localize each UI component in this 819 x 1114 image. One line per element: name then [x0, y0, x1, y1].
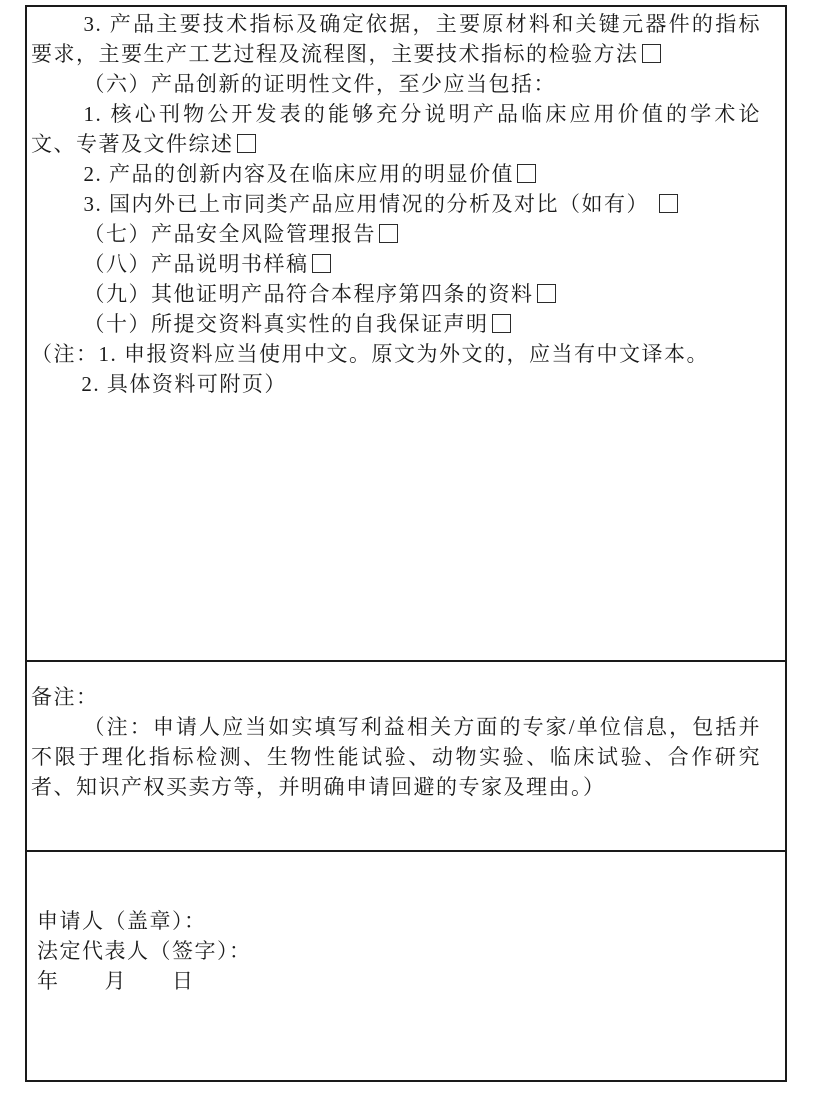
document-page: 3. 产品主要技术指标及确定依据，主要原材料和关键元器件的指标要求，主要生产工艺…: [0, 0, 819, 1114]
checklist-line: 2. 具体资料可附页）: [31, 369, 761, 399]
checklist-line: （八）产品说明书样稿: [31, 249, 761, 279]
remarks-label: 备注：: [31, 682, 761, 712]
checklist-line: （七）产品安全风险管理报告: [31, 219, 761, 249]
checklist-line: 3. 产品主要技术指标及确定依据，主要原材料和关键元器件的指标要求，主要生产工艺…: [31, 9, 761, 69]
checkbox-icon: [312, 254, 331, 273]
checkbox-icon: [237, 134, 256, 153]
remarks-section: 备注： （注：申请人应当如实填写利益相关方面的专家/单位信息，包括并不限于理化指…: [27, 662, 785, 852]
checklist-line: （注：1. 申报资料应当使用中文。原文为外文的，应当有中文译本。: [31, 339, 761, 369]
checkbox-icon: [379, 224, 398, 243]
checkbox-icon: [659, 194, 678, 213]
legal-representative-signature-label: 法定代表人（签字）：: [37, 936, 761, 966]
signature-section: 申请人（盖章）： 法定代表人（签字）： 年 月 日: [27, 852, 785, 1080]
checklist-line: 2. 产品的创新内容及在临床应用的明显价值: [31, 159, 761, 189]
checklist-line: （六）产品创新的证明性文件，至少应当包括：: [31, 69, 761, 99]
checklist-line: （十）所提交资料真实性的自我保证声明: [31, 309, 761, 339]
applicant-seal-label: 申请人（盖章）：: [37, 906, 761, 936]
checklist-section: 3. 产品主要技术指标及确定依据，主要原材料和关键元器件的指标要求，主要生产工艺…: [27, 7, 785, 662]
checklist-line: 3. 国内外已上市同类产品应用情况的分析及对比（如有）: [31, 189, 761, 219]
date-line: 年 月 日: [37, 966, 761, 996]
checkbox-icon: [517, 164, 536, 183]
checkbox-icon: [492, 314, 511, 333]
form-table: 3. 产品主要技术指标及确定依据，主要原材料和关键元器件的指标要求，主要生产工艺…: [25, 5, 787, 1082]
checkbox-icon: [537, 284, 556, 303]
checklist-line: （九）其他证明产品符合本程序第四条的资料: [31, 279, 761, 309]
checklist-line: 1. 核心刊物公开发表的能够充分说明产品临床应用价值的学术论文、专著及文件综述: [31, 99, 761, 159]
remarks-note: （注：申请人应当如实填写利益相关方面的专家/单位信息，包括并不限于理化指标检测、…: [31, 712, 761, 802]
checkbox-icon: [642, 44, 661, 63]
checklist: 3. 产品主要技术指标及确定依据，主要原材料和关键元器件的指标要求，主要生产工艺…: [31, 9, 761, 399]
